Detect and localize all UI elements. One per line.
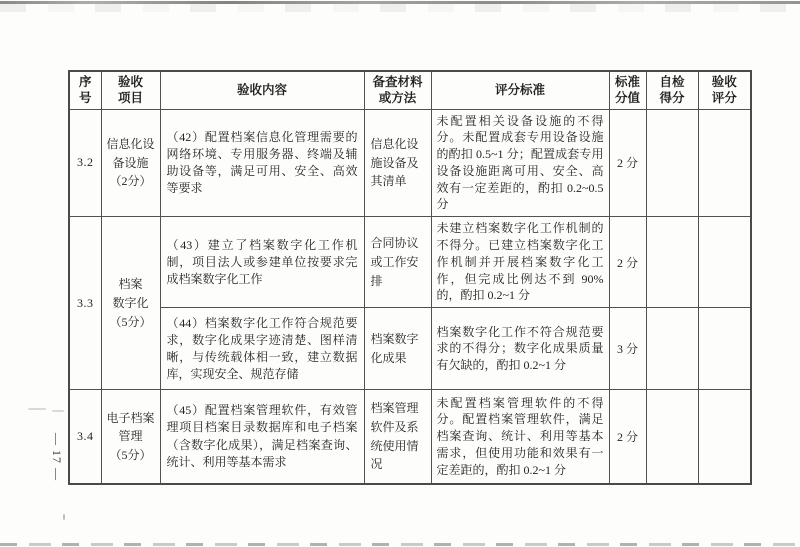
page-number: — 17 — <box>49 433 64 481</box>
table-row-3-2: 3.2 信息化设 备设施 （2分） （42）配置档案信息化管理需要的网络环境、专… <box>69 109 751 217</box>
cell-materials: 合同协议 或工作安 排 <box>364 217 431 308</box>
header-standard-score: 标准 分值 <box>609 71 646 109</box>
scan-smudge-artifact <box>63 514 65 520</box>
cell-standard-score: 3 分 <box>609 308 646 390</box>
cell-materials: 信息化设 施设备及 其清单 <box>364 109 431 217</box>
cell-acceptance-score <box>698 109 751 217</box>
cell-acceptance-score <box>698 308 751 390</box>
cell-project: 电子档案 管理 （5分） <box>101 390 160 484</box>
cell-standard-score: 2 分 <box>609 109 646 217</box>
header-criteria: 评分标准 <box>431 71 609 109</box>
cell-self-score <box>646 390 698 484</box>
cell-materials: 档案管理 软件及系 统使用情 况 <box>364 390 431 484</box>
cell-criteria: 档案数字化工作不符合规范要求的不得分；数字化成果质量有欠缺的，酌扣 0.2~1 … <box>431 308 609 390</box>
header-self-score: 自检 得分 <box>646 71 698 109</box>
cell-project: 信息化设 备设施 （2分） <box>101 109 160 217</box>
header-project: 验收 项目 <box>101 71 160 109</box>
cell-self-score <box>646 217 698 308</box>
cell-content: （45）配置档案管理软件，有效管理项目档案目录数据库和电子档案（含数字化成果），… <box>160 390 364 484</box>
acceptance-score-table: 序 号 验收 项目 验收内容 备查材料 或方法 评分标准 标准 分值 自检 得分… <box>68 70 752 485</box>
cell-standard-score: 2 分 <box>609 217 646 308</box>
table-row-3-3-item-43: 3.3 档案 数字化 （5分） （43）建立了档案数字化工作机制，项目法人或参建… <box>69 217 751 308</box>
table-header-row: 序 号 验收 项目 验收内容 备查材料 或方法 评分标准 标准 分值 自检 得分… <box>69 71 751 109</box>
cell-standard-score: 2 分 <box>609 390 646 484</box>
cell-content: （42）配置档案信息化管理需要的网络环境、专用服务器、终端及辅助设备等，满足可用… <box>160 109 364 217</box>
cell-criteria: 未配置档案管理软件的不得分。配置档案管理软件，满足档案查询、统计、利用等基本需求… <box>431 390 609 484</box>
cell-content: （43）建立了档案数字化工作机制，项目法人或参建单位按要求完成档案数字化工作 <box>160 217 364 308</box>
cell-serial-number: 3.4 <box>69 390 101 484</box>
cell-criteria: 未配置相关设备设施的不得分。未配置成套专用设备设施的酌扣 0.5~1 分；配置成… <box>431 109 609 217</box>
cell-project: 档案 数字化 （5分） <box>101 217 160 390</box>
table-row-3-4: 3.4 电子档案 管理 （5分） （45）配置档案管理软件，有效管理项目档案目录… <box>69 390 751 484</box>
scan-smudge-artifact <box>52 410 64 412</box>
cell-acceptance-score <box>698 390 751 484</box>
header-content: 验收内容 <box>160 71 364 109</box>
scanned-document-page: { "page": { "number_label": "— 17 —" }, … <box>0 0 800 547</box>
cell-materials: 档案数字 化成果 <box>364 308 431 390</box>
acceptance-score-table-wrapper: 序 号 验收 项目 验收内容 备查材料 或方法 评分标准 标准 分值 自检 得分… <box>68 70 752 485</box>
header-serial-number: 序 号 <box>69 71 101 109</box>
cell-self-score <box>646 308 698 390</box>
cell-content: （44）档案数字化工作符合规范要求，数字化成果字迹清楚、图样清晰，与传统载体相一… <box>160 308 364 390</box>
scan-bottom-edge-artifact <box>0 543 800 546</box>
cell-serial-number: 3.2 <box>69 109 101 217</box>
header-acceptance-score: 验收 评分 <box>698 71 751 109</box>
table-row-3-3-item-44: （44）档案数字化工作符合规范要求，数字化成果字迹清楚、图样清晰，与传统载体相一… <box>69 308 751 390</box>
scan-smudge-artifact <box>28 408 46 410</box>
cell-serial-number: 3.3 <box>69 217 101 390</box>
cell-acceptance-score <box>698 217 751 308</box>
scan-top-smudge-artifact <box>0 4 800 12</box>
cell-self-score <box>646 109 698 217</box>
header-materials: 备查材料 或方法 <box>364 71 431 109</box>
cell-criteria: 未建立档案数字化工作机制的不得分。已建立档案数字化工作机制并开展档案数字化工作，… <box>431 217 609 308</box>
